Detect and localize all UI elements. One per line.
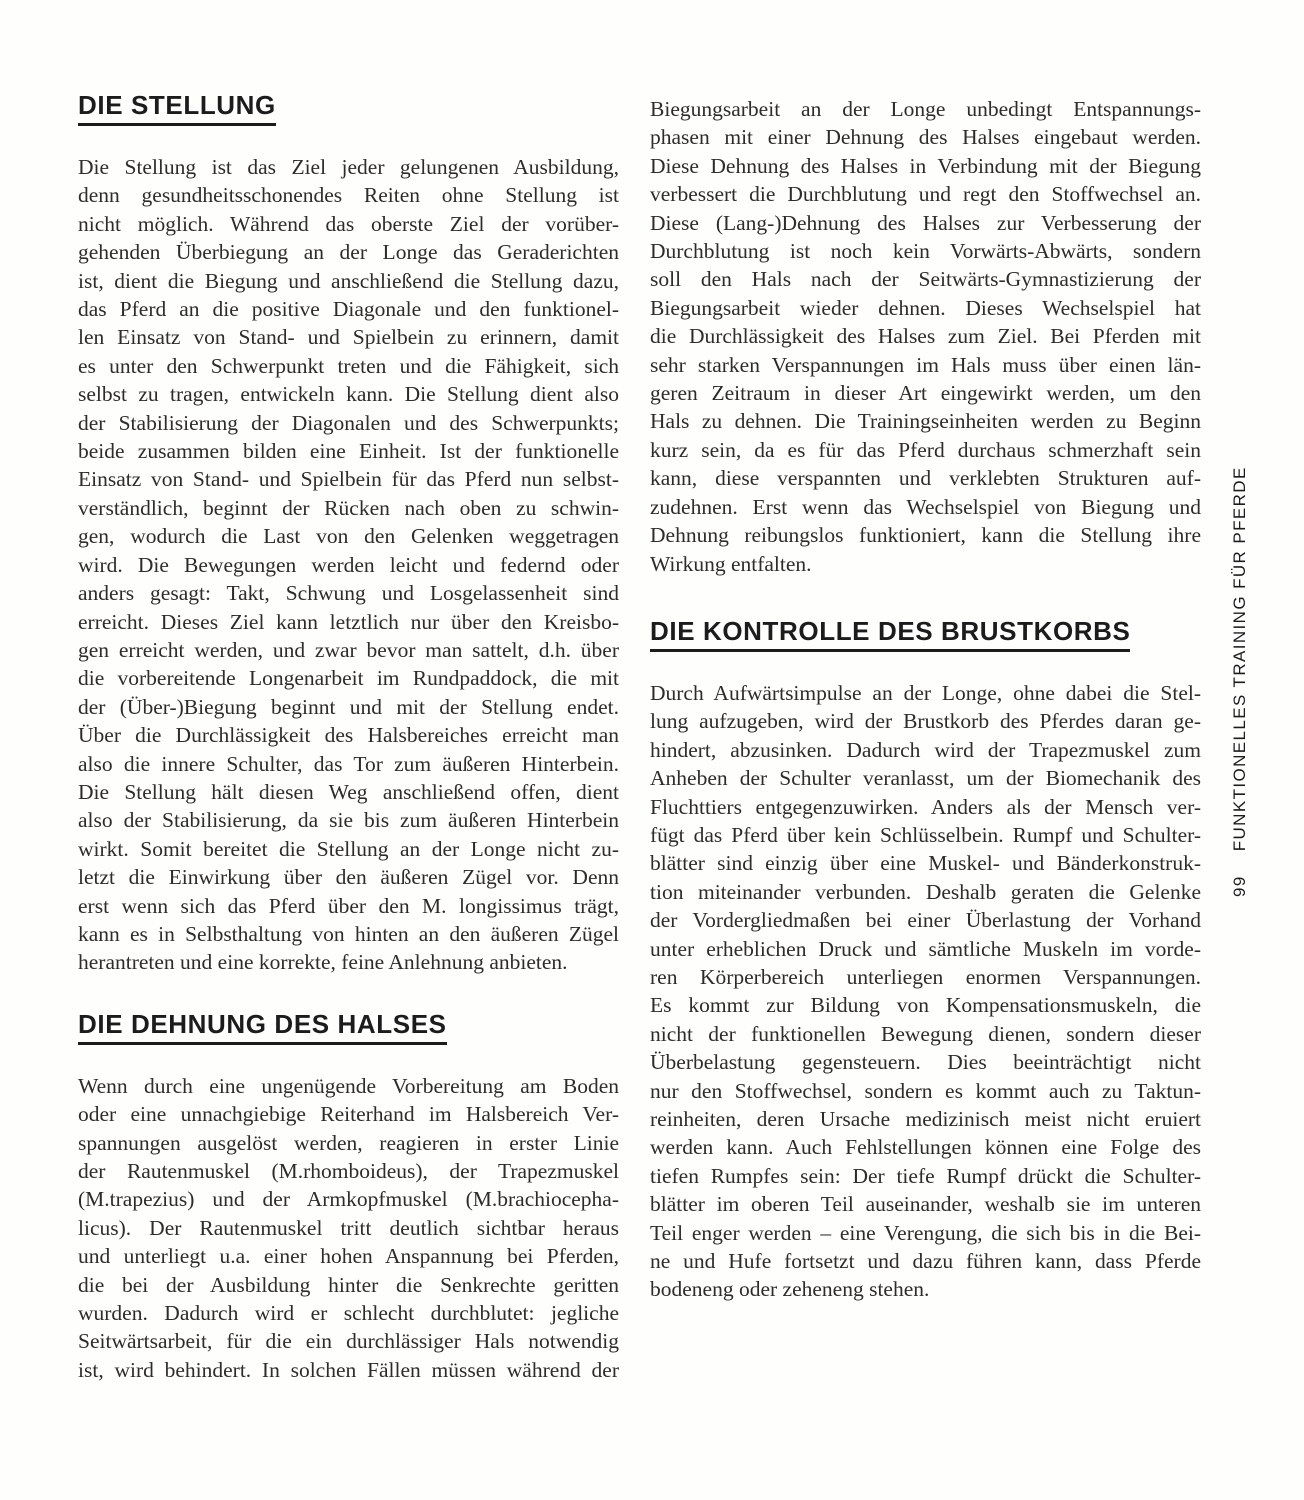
text-line: Durchblutung ist noch kein Vorwärts-Abwä… xyxy=(650,237,1201,265)
section-heading: DIE STELLUNG xyxy=(78,92,619,126)
text-line: letzt die Einwirkung über den äußeren Zü… xyxy=(78,863,619,891)
text-line: kann, diese verspannten und verklebten S… xyxy=(650,464,1201,492)
text-line: Überbelastung gegensteuern. Dies beeintr… xyxy=(650,1048,1201,1076)
text-line: der Rautenmuskel (M.rhomboideus), der Tr… xyxy=(78,1157,619,1185)
text-line: der Stabilisierung der Diagonalen und de… xyxy=(78,409,619,437)
text-line: len Einsatz von Stand- und Spielbein zu … xyxy=(78,323,619,351)
text-line: das Pferd an die positive Diagonale und … xyxy=(78,295,619,323)
text-line: Dehnung reibungslos funktioniert, kann d… xyxy=(650,521,1201,549)
text-line: spannungen ausgelöst werden, reagieren i… xyxy=(78,1129,619,1157)
text-line: Seitwärtsarbeit, für die ein durchlässig… xyxy=(78,1327,619,1355)
book-page: DIE STELLUNGDie Stellung ist das Ziel je… xyxy=(0,0,1304,1500)
body-paragraph: Die Stellung ist das Ziel jeder gelungen… xyxy=(78,153,619,977)
text-line: reinheiten, deren Ursache medizinisch me… xyxy=(650,1105,1201,1133)
text-line: Teil enger werden – eine Verengung, die … xyxy=(650,1219,1201,1247)
body-paragraph: Biegungsarbeit an der Longe unbedingt En… xyxy=(650,95,1201,578)
text-line: blätter im oberen Teil auseinander, wesh… xyxy=(650,1190,1201,1218)
text-line: Diese Dehnung des Halses in Verbindung m… xyxy=(650,152,1201,180)
text-line: wird. Die Bewegungen werden leicht und f… xyxy=(78,551,619,579)
text-line: sehr starken Verspannungen im Hals muss … xyxy=(650,351,1201,379)
text-line: unter erheblichen Druck und sämtliche Mu… xyxy=(650,935,1201,963)
text-line: geren Zeitraum in dieser Art eingewirkt … xyxy=(650,379,1201,407)
text-line: tion miteinander verbunden. Deshalb gera… xyxy=(650,878,1201,906)
text-line: Die Stellung ist das Ziel jeder gelungen… xyxy=(78,153,619,181)
text-line: fügt das Pferd über kein Schlüsselbein. … xyxy=(650,821,1201,849)
text-line: tiefen Rumpfes sein: Der tiefe Rumpf drü… xyxy=(650,1162,1201,1190)
text-line: Die Stellung hält diesen Weg anschließen… xyxy=(78,778,619,806)
text-line: licus). Der Rautenmuskel tritt deutlich … xyxy=(78,1214,619,1242)
section-heading: DIE KONTROLLE DES BRUSTKORBS xyxy=(650,618,1201,652)
text-line: ist, dient die Biegung und anschließend … xyxy=(78,267,619,295)
text-line: nicht der funktionellen Bewegung dienen,… xyxy=(650,1020,1201,1048)
text-line: ne und Hufe fortsetzt und dazu führen ka… xyxy=(650,1247,1201,1275)
text-line: Biegungsarbeit an der Longe unbedingt En… xyxy=(650,95,1201,123)
text-line: Es kommt zur Bildung von Kompensationsmu… xyxy=(650,991,1201,1019)
text-line: erreicht. Dieses Ziel kann letztlich nur… xyxy=(78,608,619,636)
text-line: die bei der Ausbildung hinter die Senkre… xyxy=(78,1271,619,1299)
text-line: der (Über-)Biegung beginnt und mit der S… xyxy=(78,693,619,721)
text-line: die vorbereitende Longenarbeit im Rundpa… xyxy=(78,664,619,692)
text-line: Biegungsarbeit wieder dehnen. Dieses Wec… xyxy=(650,294,1201,322)
text-line: blätter sind einzig über eine Muskel- un… xyxy=(650,849,1201,877)
section-heading-text: DIE STELLUNG xyxy=(78,92,276,126)
text-line: phasen mit einer Dehnung des Halses eing… xyxy=(650,123,1201,151)
text-line: gen, wodurch die Last von den Gelenken w… xyxy=(78,522,619,550)
text-line: denn gesundheitsschonendes Reiten ohne S… xyxy=(78,181,619,209)
text-line: Hals zu dehnen. Die Trainingseinheiten w… xyxy=(650,407,1201,435)
text-line: hindert, abzusinken. Dadurch wird der Tr… xyxy=(650,736,1201,764)
text-line: kurz sein, da es für das Pferd durchaus … xyxy=(650,436,1201,464)
text-line: lung aufzugeben, wird der Brustkorb des … xyxy=(650,707,1201,735)
body-paragraph: Wenn durch eine ungenügende Vorbereitung… xyxy=(78,1072,619,1384)
text-line: Anheben der Schulter veranlasst, um der … xyxy=(650,764,1201,792)
text-line: erst wenn sich das Pferd über den M. lon… xyxy=(78,892,619,920)
text-line: werden kann. Auch Fehlstellungen können … xyxy=(650,1133,1201,1161)
text-line: (M.trapezius) und der Armkopfmuskel (M.b… xyxy=(78,1185,619,1213)
text-line: anders gesagt: Takt, Schwung und Losgela… xyxy=(78,579,619,607)
section-heading-text: DIE KONTROLLE DES BRUSTKORBS xyxy=(650,618,1130,652)
text-line: soll den Hals nach der Seitwärts-Gymnast… xyxy=(650,265,1201,293)
text-line: Über die Durchlässigkeit des Halsbereich… xyxy=(78,721,619,749)
text-line: Wenn durch eine ungenügende Vorbereitung… xyxy=(78,1072,619,1100)
section-heading: DIE DEHNUNG DES HALSES xyxy=(78,1011,619,1045)
text-line: verbessert die Durchblutung und regt den… xyxy=(650,180,1201,208)
text-line: Fluchttiers entgegenzuwirken. Anders als… xyxy=(650,793,1201,821)
text-line: gehenden Überbiegung an der Longe das Ge… xyxy=(78,238,619,266)
text-line: Einsatz von Stand- und Spielbein für das… xyxy=(78,465,619,493)
text-line: wurden. Dadurch wird er schlecht durchbl… xyxy=(78,1299,619,1327)
section-heading-text: DIE DEHNUNG DES HALSES xyxy=(78,1011,447,1045)
text-line: zudehnen. Erst wenn das Wechselspiel von… xyxy=(650,493,1201,521)
margin-tab: 99 FUNKTIONELLES TRAINING FÜR PFERDE xyxy=(1229,505,1251,897)
text-line: beide zusammen bilden eine Einheit. Ist … xyxy=(78,437,619,465)
text-line: herantreten und eine korrekte, feine Anl… xyxy=(78,948,619,976)
right-column: Biegungsarbeit an der Longe unbedingt En… xyxy=(650,95,1201,1304)
text-line: ist, wird behindert. In solchen Fällen m… xyxy=(78,1356,619,1384)
text-line: nicht möglich. Während das oberste Ziel … xyxy=(78,210,619,238)
text-line: ren Körperbereich unterliegen enormen Ve… xyxy=(650,963,1201,991)
left-column: DIE STELLUNGDie Stellung ist das Ziel je… xyxy=(78,92,619,1384)
text-line: Wirkung entfalten. xyxy=(650,550,1201,578)
text-line: es unter den Schwerpunkt treten und die … xyxy=(78,352,619,380)
text-line: kann es in Selbsthaltung von hinten an d… xyxy=(78,920,619,948)
text-line: und unterliegt u.a. einer hohen Anspannu… xyxy=(78,1242,619,1270)
page-number: 99 xyxy=(1230,875,1250,897)
text-line: Durch Aufwärtsimpulse an der Longe, ohne… xyxy=(650,679,1201,707)
text-line: Diese (Lang-)Dehnung des Halses zur Verb… xyxy=(650,209,1201,237)
text-line: gen erreicht werden, und zwar bevor man … xyxy=(78,636,619,664)
text-line: also die innere Schulter, das Tor zum äu… xyxy=(78,750,619,778)
margin-chapter-title: FUNKTIONELLES TRAINING FÜR PFERDE xyxy=(1230,466,1250,851)
text-line: die Durchlässigkeit des Halses zum Ziel.… xyxy=(650,322,1201,350)
text-line: nur den Stoffwechsel, sondern es kommt a… xyxy=(650,1077,1201,1105)
text-line: der Vordergliedmaßen bei einer Überlastu… xyxy=(650,906,1201,934)
text-line: selbst zu tragen, entwickeln kann. Die S… xyxy=(78,380,619,408)
text-line: also der Stabilisierung, da sie bis zum … xyxy=(78,806,619,834)
text-line: bodeneng oder zeheneng stehen. xyxy=(650,1275,1201,1303)
text-line: wirkt. Somit bereitet die Stellung an de… xyxy=(78,835,619,863)
text-line: verständlich, beginnt der Rücken nach ob… xyxy=(78,494,619,522)
body-paragraph: Durch Aufwärtsimpulse an der Longe, ohne… xyxy=(650,679,1201,1304)
text-line: oder eine unnachgiebige Reiterhand im Ha… xyxy=(78,1100,619,1128)
